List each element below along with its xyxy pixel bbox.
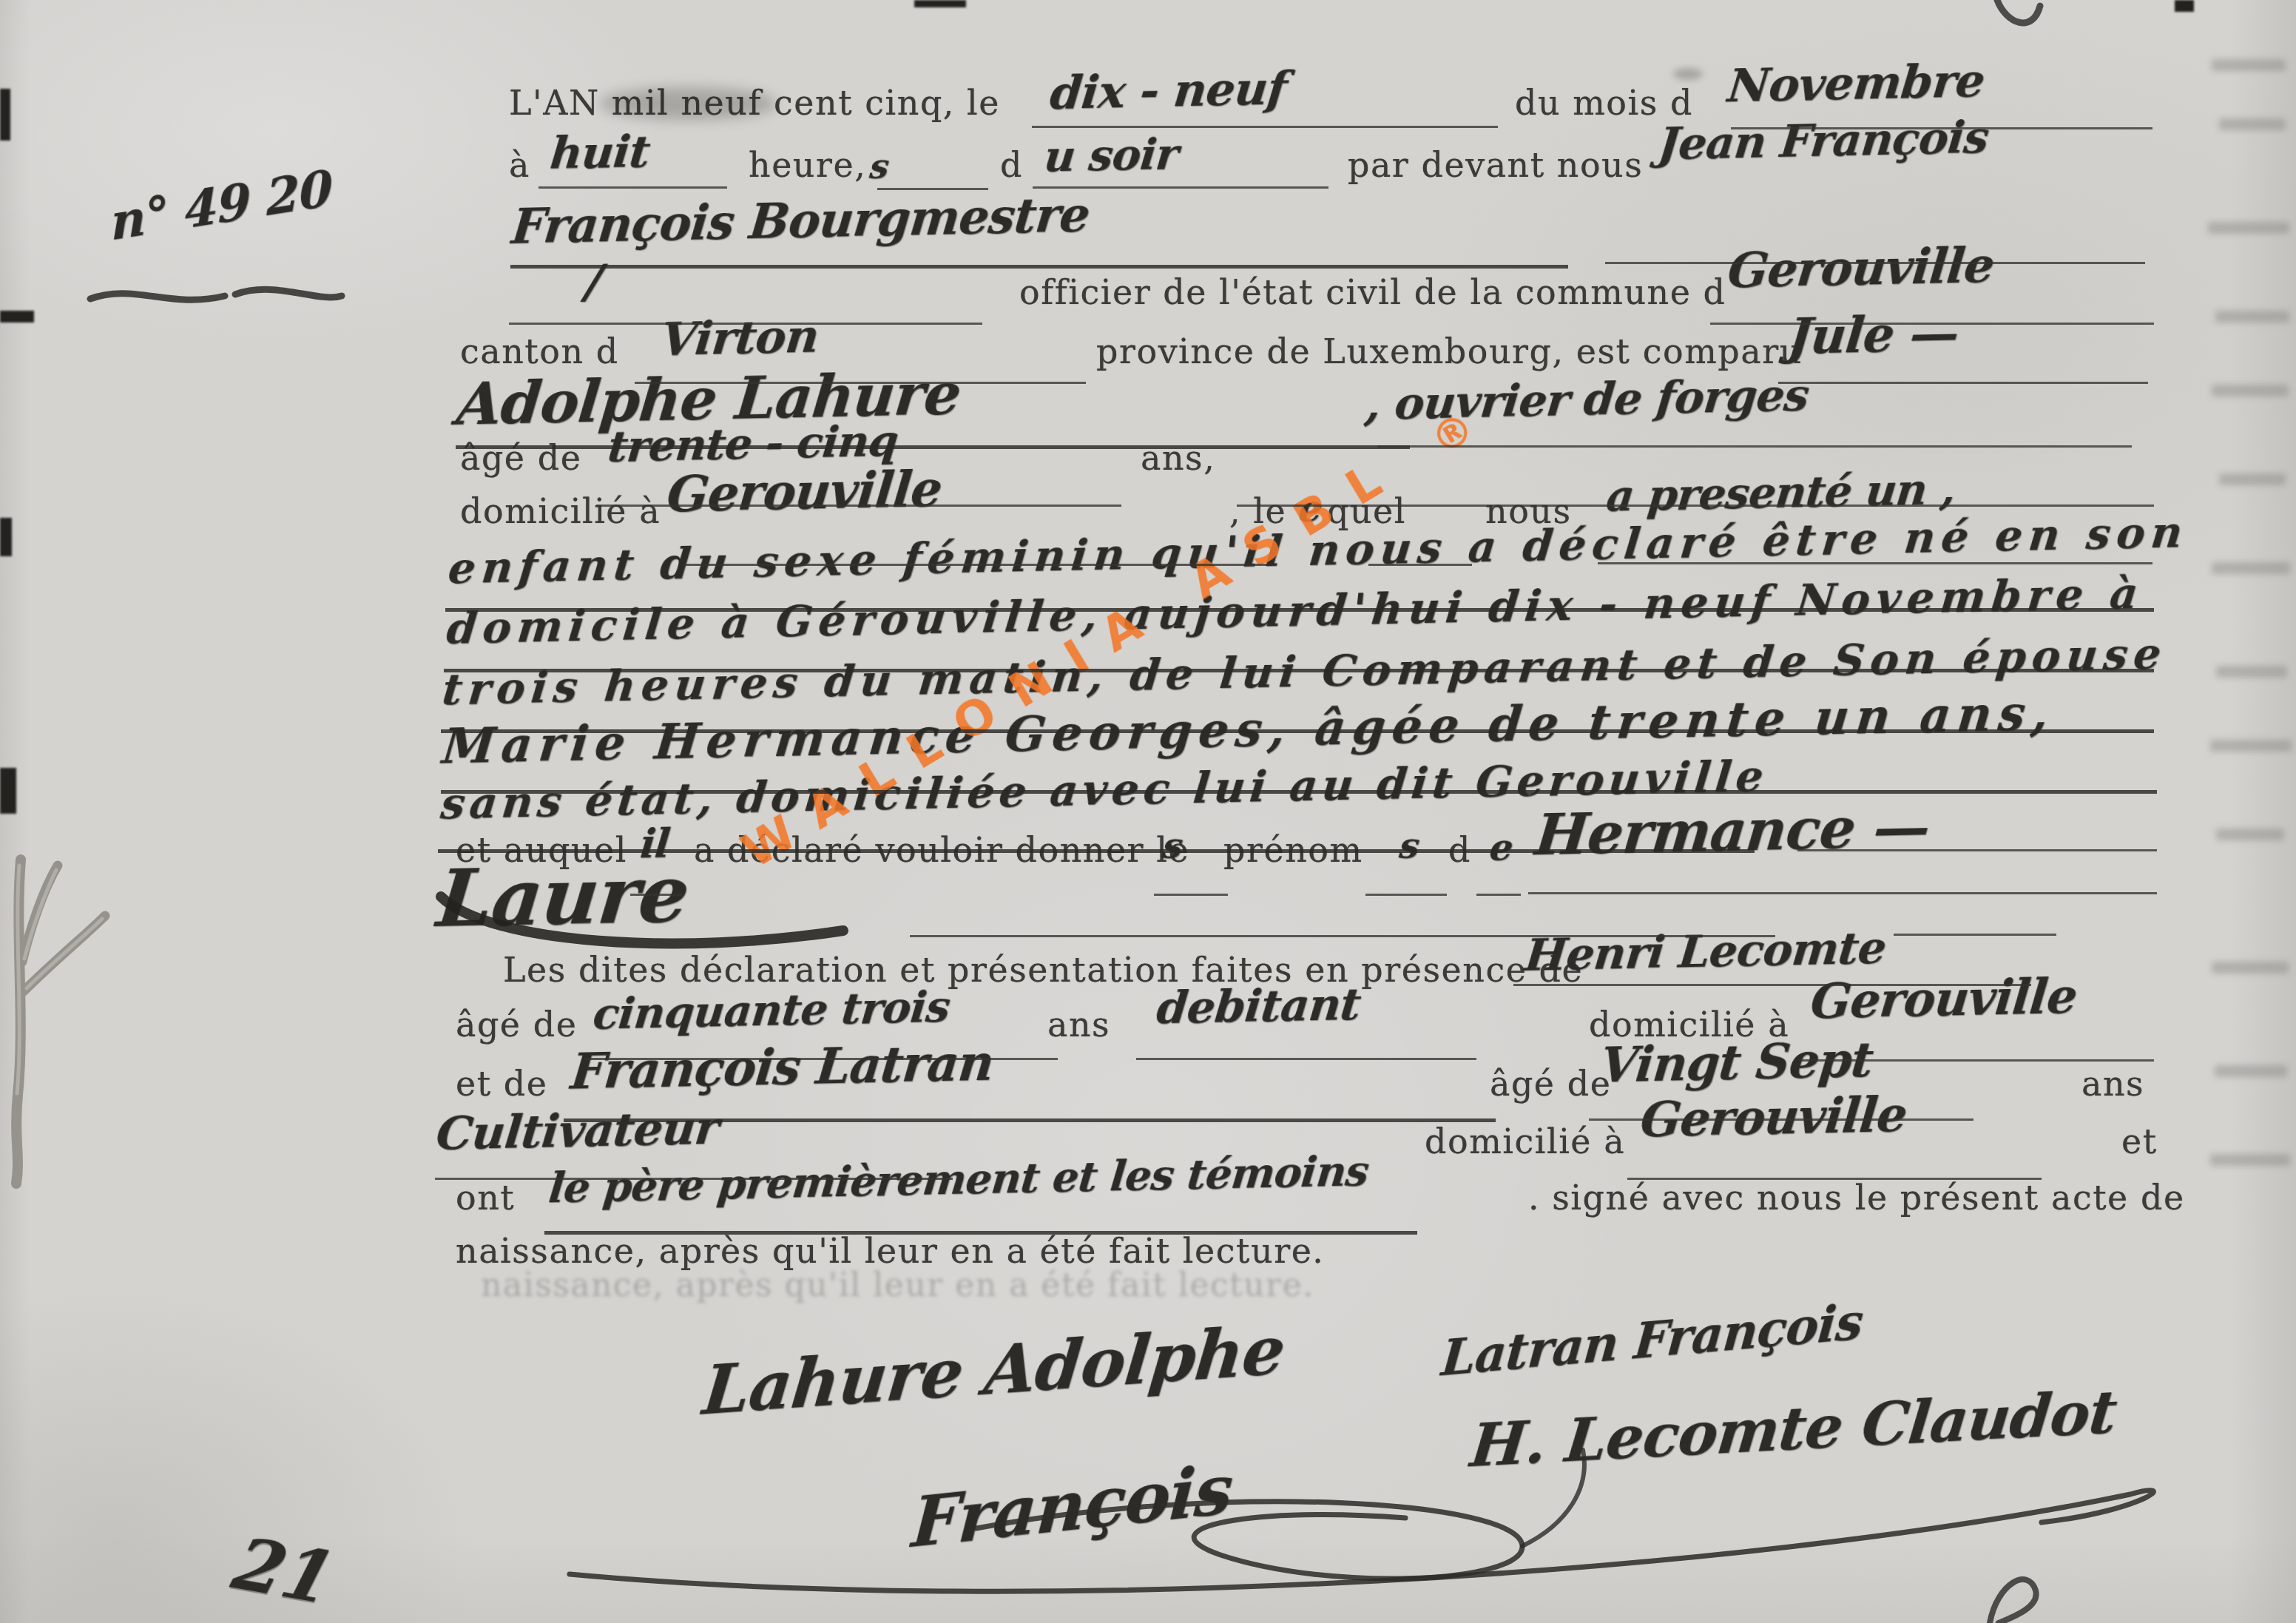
blank-line-rule	[1032, 126, 1498, 128]
handwritten-witness-name: François Latran	[568, 1034, 996, 1101]
handwritten-officer-name: Jean François	[1655, 112, 1991, 170]
handwritten-canton: Virton	[658, 309, 821, 367]
blank-line-rule	[1731, 127, 2152, 129]
blank-line-rule	[1033, 186, 1328, 189]
blank-line-rule	[1513, 984, 2031, 986]
signature-latran: Latran François	[1439, 1292, 1865, 1388]
handwritten-age: cinquante trois	[591, 982, 952, 1039]
handwritten-firstname: Jule —	[1786, 305, 1961, 366]
next-act-number: 21	[224, 1522, 343, 1620]
bleedthrough-fragment	[2216, 829, 2284, 840]
handwritten-hour: huit	[547, 126, 652, 180]
handwritten-day: dix - neuf	[1047, 61, 1289, 121]
bleedthrough-fragment	[2216, 666, 2287, 678]
blank-line-rule	[564, 1118, 1496, 1122]
handwritten-slash: /	[583, 254, 604, 309]
handwritten-domicile: Gerouville	[1808, 969, 2079, 1030]
printed-text: ans	[2081, 1064, 2144, 1104]
bleedthrough-fragment	[2219, 118, 2286, 130]
blank-line-rule	[683, 564, 1268, 566]
handwritten-letter: s	[1397, 826, 1421, 868]
handwritten-child-name: Hermance —	[1533, 793, 1933, 867]
blank-line-rule	[456, 445, 1410, 449]
printed-text: domicilié à	[460, 491, 661, 531]
bleedthrough-fragment	[2208, 222, 2289, 234]
edge-mark	[0, 311, 34, 323]
ink-smudge	[1673, 68, 1703, 80]
blank-line-rule	[509, 323, 982, 325]
handwritten-profession: debitant	[1154, 979, 1363, 1035]
blank-line-rule	[1528, 892, 2157, 894]
printed-text: ans	[1047, 1005, 1110, 1045]
printed-text: à	[509, 145, 530, 185]
printed-text: d	[1000, 145, 1023, 185]
handwritten-officer-name: François Bourgmestre	[509, 188, 1092, 256]
handwritten-profession: Cultivateur	[433, 1101, 721, 1161]
bleedthrough-text: naissance, après qu'il leur en a été fai…	[481, 1266, 1314, 1304]
printed-text: domicilié à	[1425, 1121, 1625, 1161]
printed-text: . signé avec nous le présent acte de	[1528, 1178, 2185, 1218]
blank-line-rule	[630, 894, 682, 896]
blank-line-rule	[1136, 1058, 1476, 1060]
edge-mark	[914, 0, 966, 7]
printed-text: Les dites déclaration et présentation fa…	[503, 950, 1583, 990]
blank-line-rule	[1797, 849, 2157, 851]
blank-line-rule	[510, 265, 1568, 269]
blank-line-rule	[438, 849, 1755, 853]
blank-line-rule	[1154, 894, 1228, 896]
printed-text: ans,	[1141, 438, 1215, 478]
bleedthrough-fragment	[2210, 1154, 2290, 1166]
blank-line-rule	[435, 1178, 953, 1180]
edge-mark	[0, 89, 10, 141]
handwritten-entry: le père premièrement et les témoins	[547, 1147, 1371, 1212]
blank-line-rule	[1598, 562, 2152, 564]
blank-line-rule	[1377, 445, 2132, 448]
printed-text: canton d	[460, 331, 619, 371]
printed-text: âgé de	[460, 438, 581, 478]
binding-thread	[16, 860, 105, 1184]
blank-line-rule	[1237, 505, 2154, 507]
signature-lecomte: H. Lecomte Claudot	[1468, 1377, 2120, 1480]
printed-text: âgé de	[1490, 1064, 1611, 1104]
printed-text: du mois d	[1515, 83, 1693, 123]
blank-line-rule	[596, 505, 1121, 507]
handwritten-domicile: Gerouville	[664, 460, 945, 524]
bleedthrough-fragment	[2210, 740, 2292, 752]
printed-text: ont	[456, 1178, 515, 1218]
ink-smudge	[599, 87, 777, 120]
birth-record-scan: n° 49 20 L'AN mil neuf cent cinq, le dix…	[0, 0, 2296, 1623]
blank-line-rule	[635, 382, 1086, 384]
printed-text: province de Luxembourg, est comparu	[1096, 331, 1803, 371]
handwritten-month: Novembre	[1725, 53, 1987, 112]
blank-line-rule	[1710, 323, 2154, 325]
blank-line-rule	[1365, 894, 1447, 896]
blank-line-rule	[1605, 262, 2145, 264]
bleedthrough-fragment	[2212, 562, 2290, 574]
handwritten-age: Vingt Sept	[1598, 1033, 1875, 1094]
bleedthrough-fragment	[2215, 1065, 2287, 1077]
handwritten-period: u soir	[1042, 129, 1181, 182]
handwritten-commune: Gerouville	[1725, 238, 1996, 300]
blank-line-rule	[877, 188, 988, 190]
blank-line-rule	[538, 186, 727, 189]
signature-lahure: Lahure Adolphe	[699, 1311, 1288, 1431]
bleedthrough-fragment	[2212, 962, 2289, 974]
signature-francois: François	[909, 1449, 1235, 1564]
blank-line-rule	[1778, 382, 2148, 384]
bleedthrough-fragment	[2219, 473, 2286, 485]
blank-line-rule	[1627, 1178, 2042, 1180]
printed-text: naissance, après qu'il leur en a été fai…	[456, 1231, 1325, 1271]
blank-line-rule	[441, 729, 2154, 733]
printed-text: et	[2121, 1121, 2158, 1161]
blank-line-rule	[910, 935, 1775, 937]
bleedthrough-fragment	[2212, 59, 2286, 71]
blank-line-rule	[1368, 564, 1472, 566]
handwritten-letter: s	[868, 146, 890, 187]
printed-text: officier de l'état civil de la commune d	[1019, 272, 1726, 312]
blank-line-rule	[584, 1058, 1058, 1060]
blank-line-rule	[445, 608, 2154, 612]
blank-line-rule	[544, 1231, 1417, 1235]
blank-line-rule	[1799, 1059, 2154, 1062]
handwritten-witness-name: Henri Lecomte	[1522, 922, 1888, 982]
blank-line-rule	[444, 669, 2154, 672]
blank-line-rule	[1589, 1118, 1973, 1121]
printed-text: par devant nous	[1348, 145, 1643, 185]
handwritten-letter: e	[1488, 826, 1515, 870]
act-number: n° 49 20	[110, 158, 332, 252]
blank-line-rule	[441, 790, 2157, 794]
printed-text: heure,	[749, 145, 866, 185]
edge-mark	[2175, 0, 2194, 12]
edge-mark	[0, 768, 16, 814]
blank-line-rule	[1894, 934, 2056, 936]
bleedthrough-fragment	[2215, 311, 2289, 323]
printed-text: âgé de	[456, 1005, 577, 1045]
bleedthrough-fragment	[2212, 385, 2289, 397]
blank-line-rule	[1476, 894, 1521, 896]
edge-mark	[0, 518, 12, 556]
printed-text: et de	[456, 1064, 548, 1104]
